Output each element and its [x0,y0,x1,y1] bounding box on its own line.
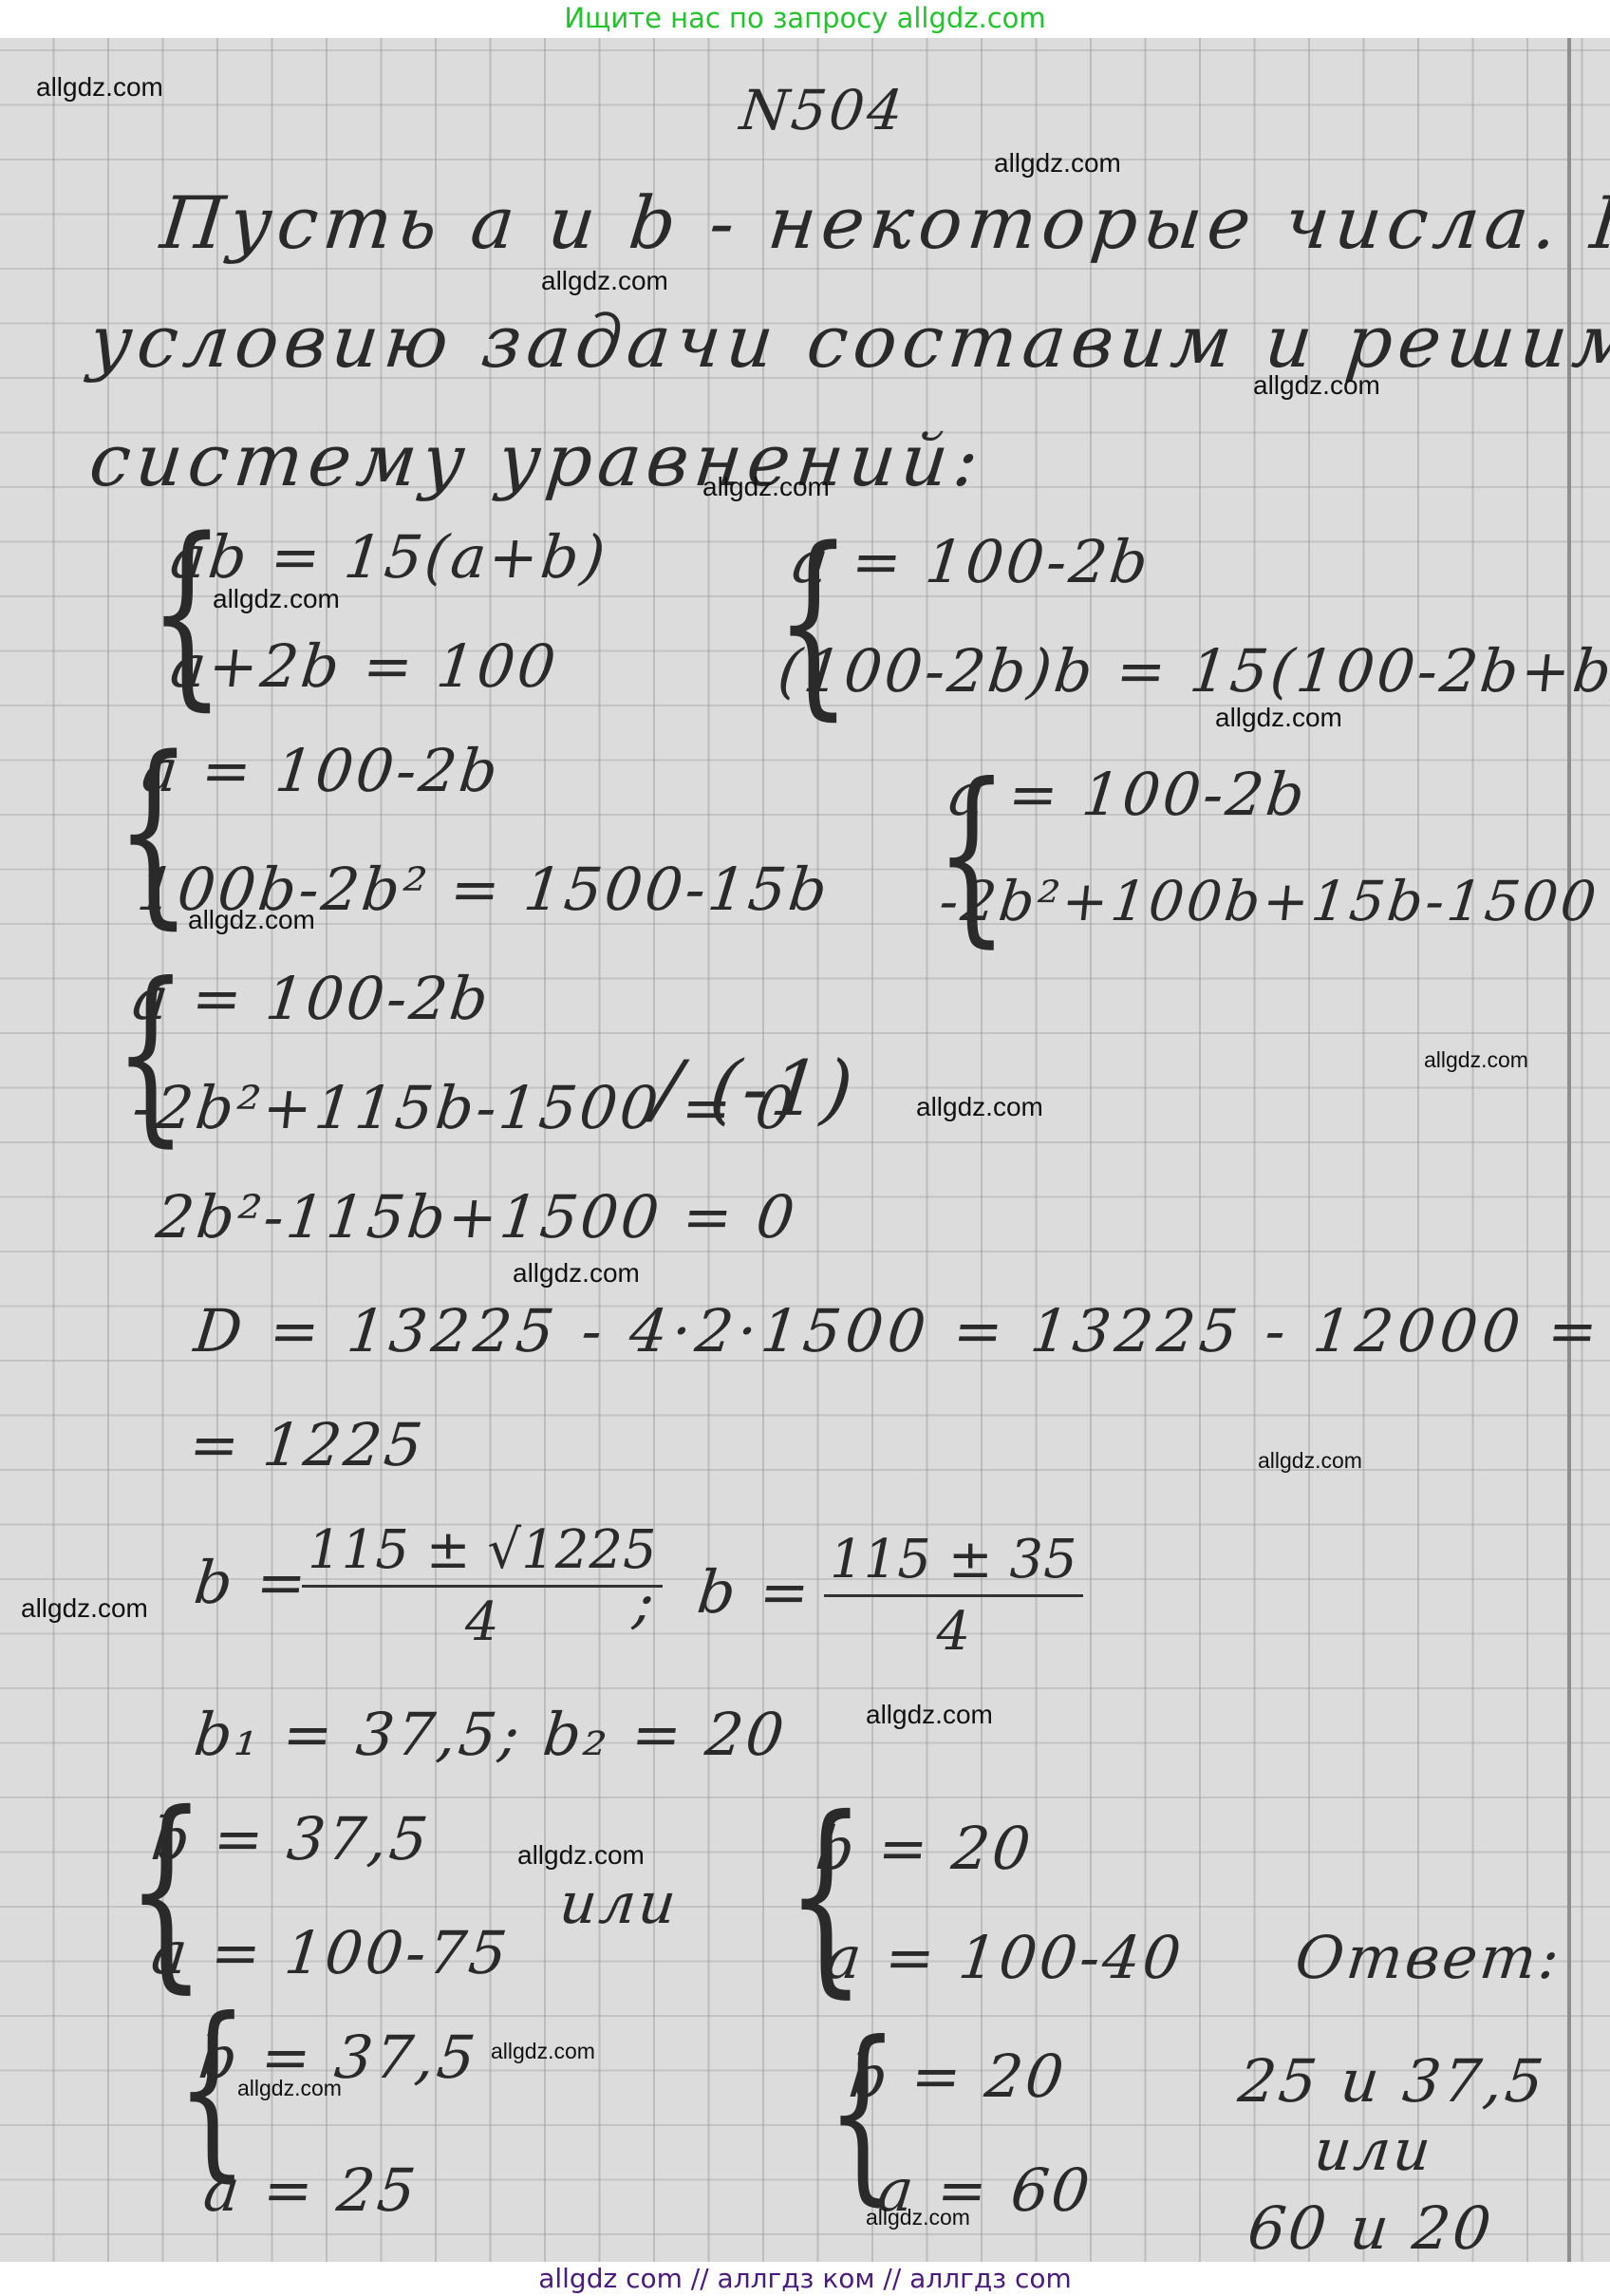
case1b-eq2: a = 25 [200,2155,421,2225]
answer-line-2: или [1311,2117,1436,2184]
top-search-banner: Ищите нас по запросу allgdz.com [0,0,1610,38]
fraction-numerator: 115 ± √1225 [302,1519,663,1588]
bottom-domain-banner: allgdz com // аллгдз ком // аллгдз com [0,2262,1610,2296]
watermark: allgdz.com [513,1258,640,1289]
root-formula-prefix-1: b = [191,1548,312,1617]
fraction-denominator: 4 [302,1588,663,1653]
watermark: allgdz.com [866,2205,970,2230]
root-formula-prefix-2: b = [694,1557,815,1627]
watermark: allgdz.com [541,266,668,296]
answer-label: Ответ: [1292,1923,1565,1992]
quadratic-equation: 2b²-115b+1500 = 0 [153,1182,800,1252]
problem-number: N504 [737,78,908,142]
watermark: allgdz.com [36,72,163,103]
watermark: allgdz.com [1215,703,1342,733]
system1-right-eq1: a = 100-2b [789,527,1153,596]
watermark: allgdz.com [491,2039,595,2064]
or-word: или [556,1871,682,1937]
system1-left-eq1: ab = 15(a+b) [167,522,611,592]
discriminant-line-2: = 1225 [186,1410,428,1479]
answer-line-1: 25 и 37,5 [1235,2046,1549,2116]
roots-values: b₁ = 37,5; b₂ = 20 [191,1700,790,1769]
watermark: allgdz.com [213,584,340,614]
watermark: allgdz.com [188,905,315,935]
watermark: allgdz.com [1253,370,1380,401]
watermark: allgdz.com [994,148,1121,179]
multiply-note: / (-1) [650,1044,860,1133]
watermark: allgdz.com [237,2076,342,2101]
watermark: allgdz.com [517,1840,645,1871]
case2b-eq1: b = 20 [846,2042,1070,2111]
answer-line-3: 60 и 20 [1245,2193,1497,2263]
root-formula-fraction-2: 115 ± 35 4 [824,1529,1083,1663]
watermark: allgdz.com [1424,1047,1528,1073]
case1a-eq1: b = 37,5 [148,1804,434,1873]
system2-left-eq1: a = 100-2b [139,736,503,805]
case2a-eq2: a = 100-40 [822,1923,1187,1992]
fraction-denominator: 4 [824,1597,1083,1663]
system2-right-eq2: -2b²+100b+15b-1500 = 0 [936,869,1610,933]
system2-right-eq1: a = 100-2b [945,760,1310,829]
system1-right-eq2: (100-2b)b = 15(100-2b+b) [775,636,1610,706]
system3-eq1: a = 100-2b [129,964,494,1033]
intro-line-3: систему уравнений: [85,418,988,502]
watermark: allgdz.com [866,1700,993,1730]
discriminant-line-1: D = 13225 - 4·2·1500 = 13225 - 12000 = [191,1296,1605,1365]
intro-line-2: условию задачи составим и решим [85,299,1610,384]
watermark: allgdz.com [1258,1448,1362,1474]
watermark: allgdz.com [916,1092,1043,1122]
system1-left-eq2: a+2b = 100 [167,631,561,701]
fraction-numerator: 115 ± 35 [824,1529,1083,1597]
case2a-eq1: b = 20 [813,1814,1037,1883]
watermark: allgdz.com [21,1593,148,1624]
intro-line-1: Пусть a и b - некоторые числа. По [157,180,1610,265]
root-formula-fraction-1: 115 ± √1225 4 [302,1519,663,1653]
watermark: allgdz.com [702,472,830,502]
